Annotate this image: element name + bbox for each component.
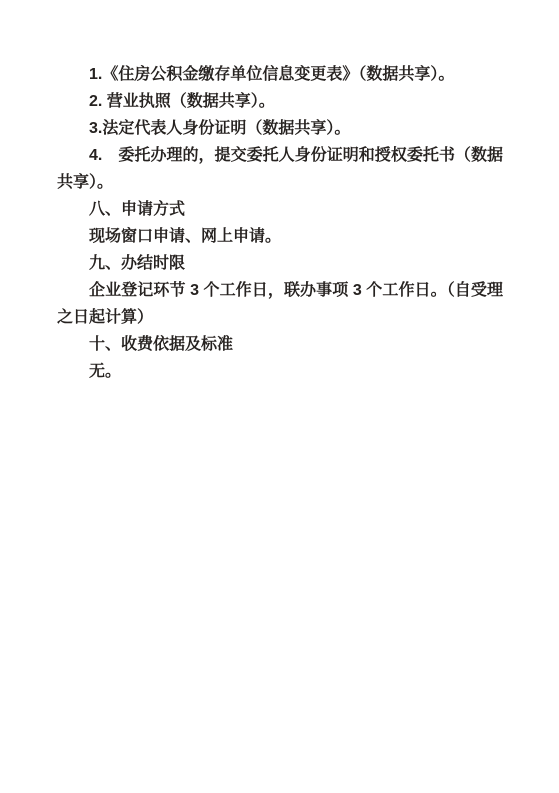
document-page: 1.《住房公积金缴存单位信息变更表》（数据共享）。 2. 营业执照（数据共享）。… bbox=[0, 0, 559, 793]
material-item-1: 1.《住房公积金缴存单位信息变更表》（数据共享）。 bbox=[57, 61, 503, 88]
section-body-fee-basis-standard: 无。 bbox=[57, 358, 503, 385]
document-body: 1.《住房公积金缴存单位信息变更表》（数据共享）。 2. 营业执照（数据共享）。… bbox=[57, 61, 503, 385]
section-body-application-method: 现场窗口申请、网上申请。 bbox=[57, 223, 503, 250]
section-heading-completion-time-limit: 九、办结时限 bbox=[57, 250, 503, 277]
material-item-2: 2. 营业执照（数据共享）。 bbox=[57, 88, 503, 115]
material-item-3: 3.法定代表人身份证明（数据共享）。 bbox=[57, 115, 503, 142]
section-heading-application-method: 八、申请方式 bbox=[57, 196, 503, 223]
section-body-completion-time-limit: 企业登记环节 3 个工作日，联办事项 3 个工作日。（自受理之日起计算） bbox=[57, 277, 503, 331]
material-item-4: 4. 委托办理的，提交委托人身份证明和授权委托书（数据共享）。 bbox=[57, 142, 503, 196]
section-heading-fee-basis-standard: 十、收费依据及标准 bbox=[57, 331, 503, 358]
